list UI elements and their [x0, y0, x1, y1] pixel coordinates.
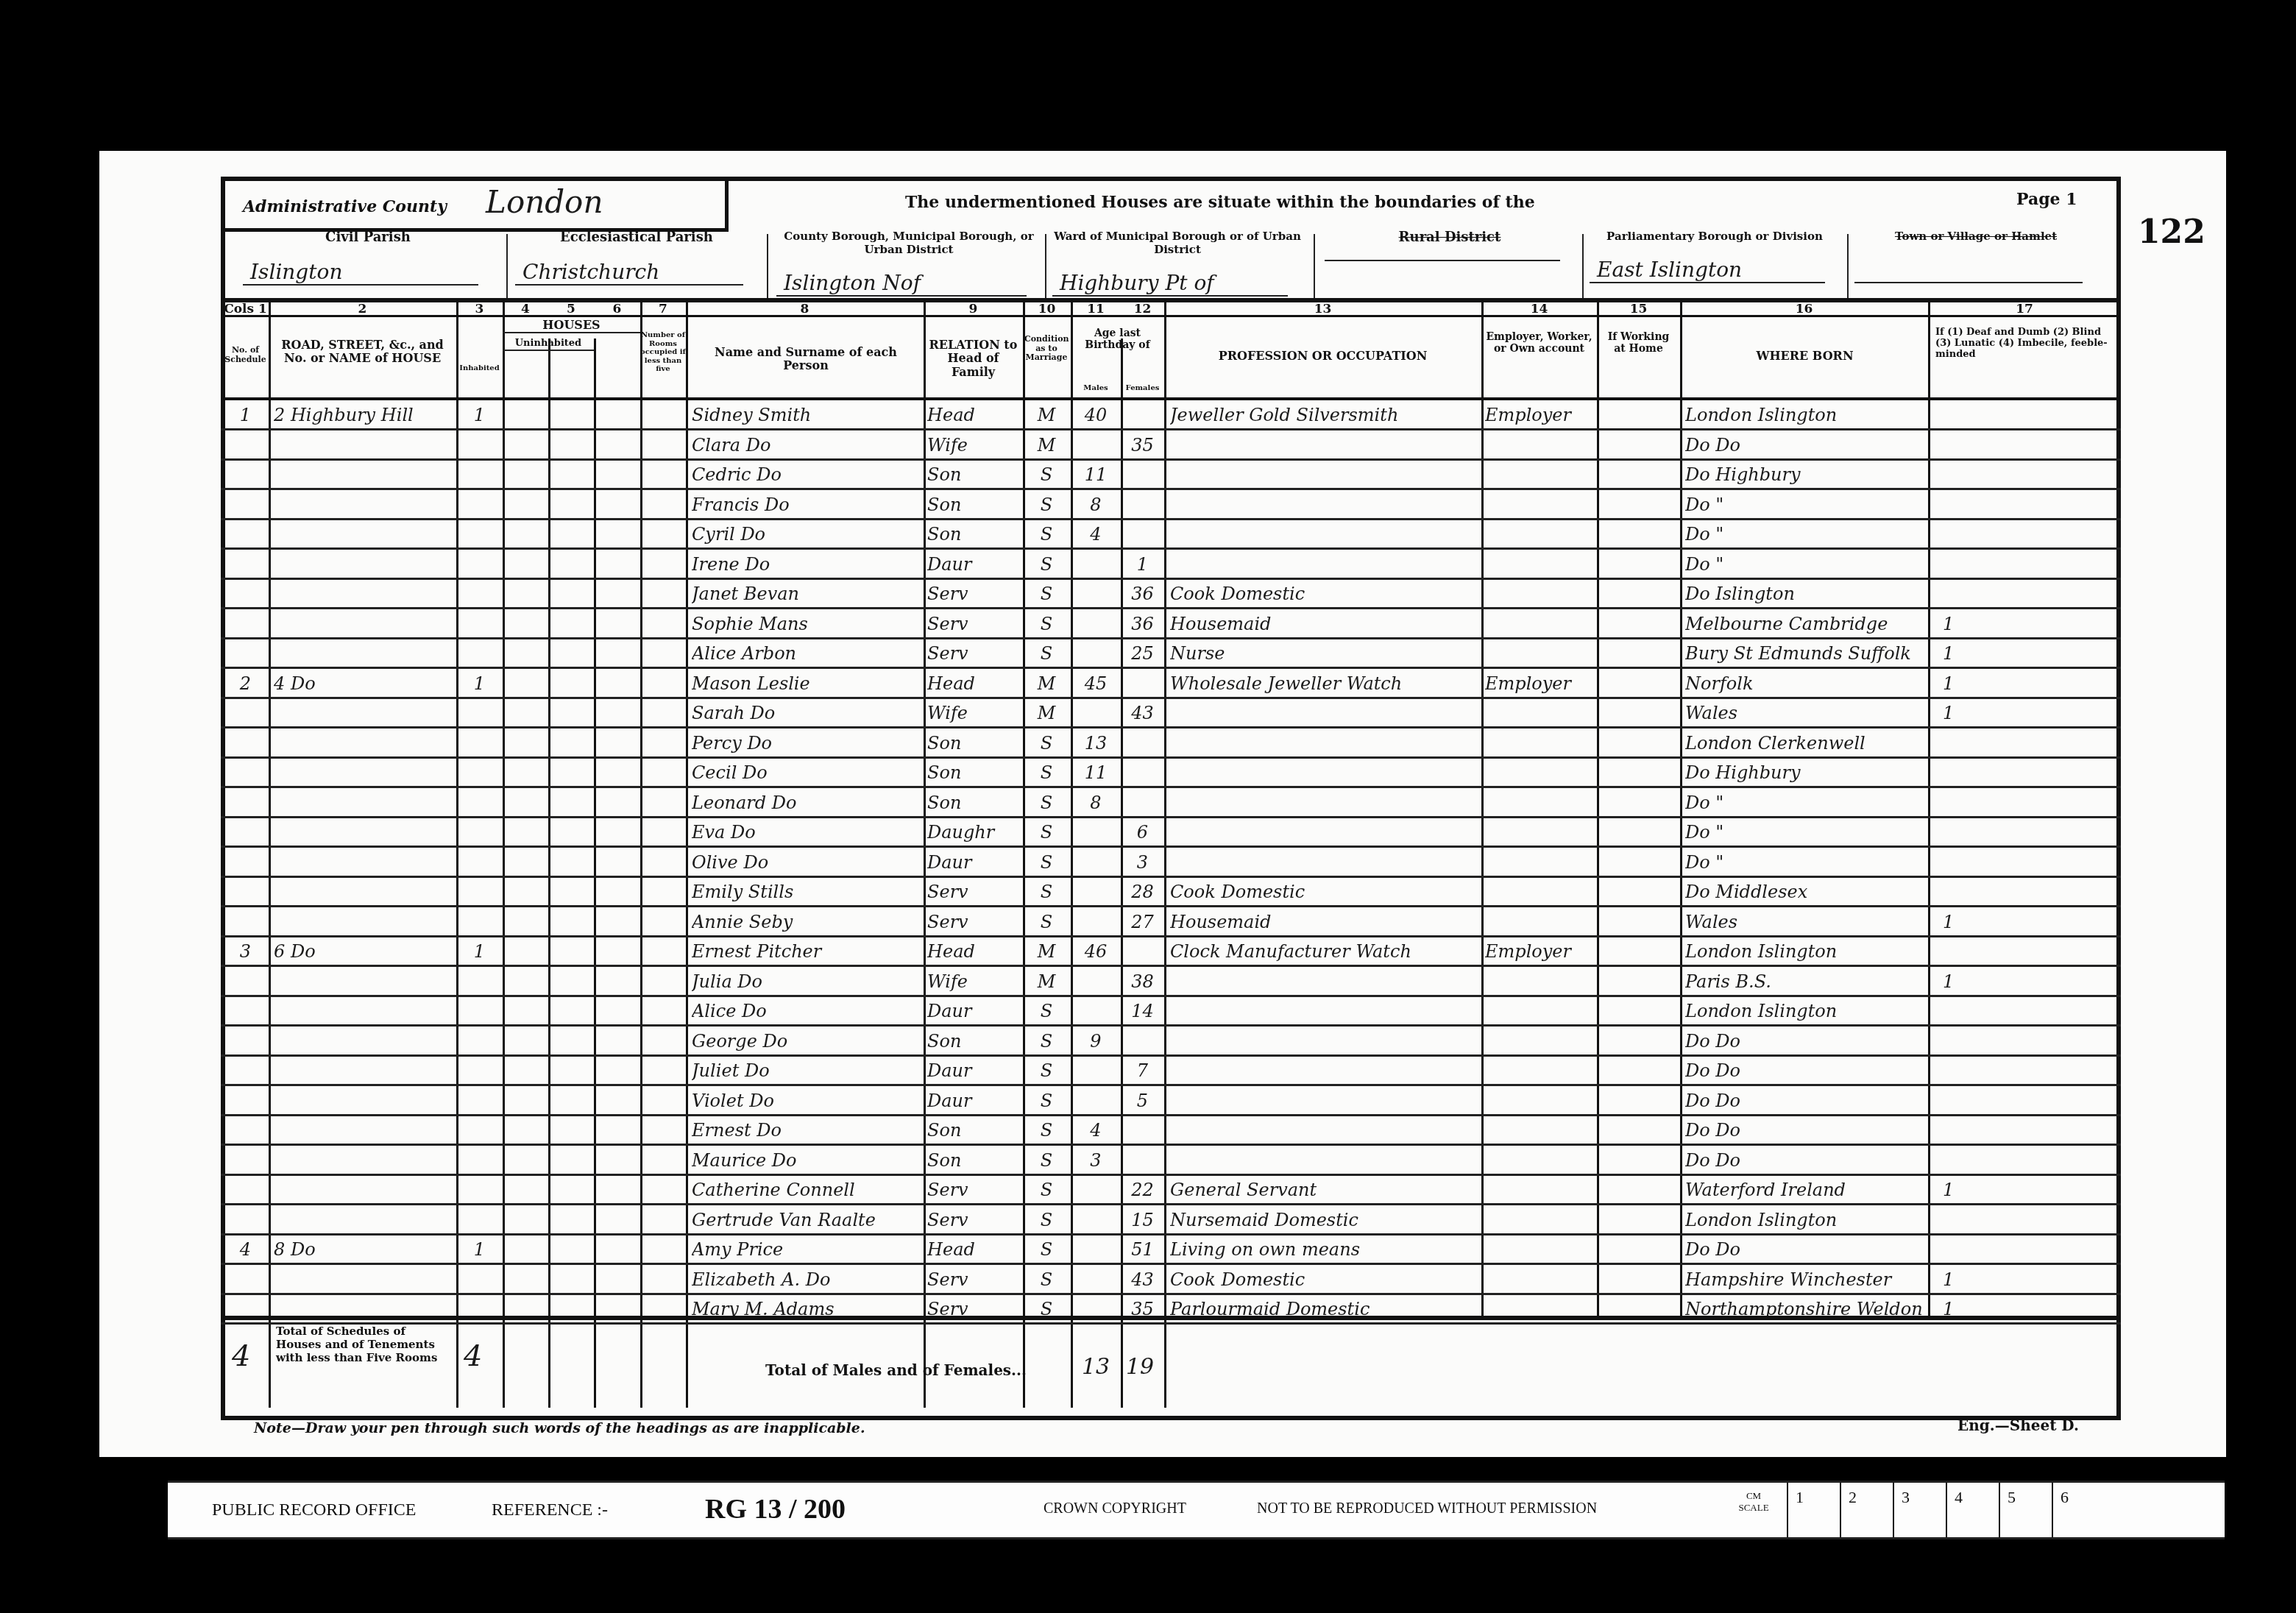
cell-inhabited — [456, 639, 503, 668]
cell-female-age — [1121, 490, 1164, 520]
cell-name: Irene Do — [692, 550, 921, 579]
cell-female-age: 25 — [1121, 639, 1164, 668]
cell-col17 — [1943, 579, 2016, 609]
cell-col17: 1 — [1943, 967, 2016, 996]
cell-employer — [1485, 1086, 1595, 1116]
cell-cond: S — [1024, 1056, 1069, 1085]
cell-col17 — [1943, 788, 2016, 818]
cell-inhabited — [456, 996, 503, 1026]
cell-sched — [222, 1086, 269, 1116]
scale-mark: 3 — [1893, 1483, 1946, 1537]
cell-born: Do " — [1685, 550, 1927, 579]
col-head-houses: HOUSES — [503, 319, 640, 333]
cell-cond: M — [1024, 698, 1069, 728]
col-num-12: 12 — [1121, 302, 1164, 316]
cell-female-age: 7 — [1121, 1056, 1164, 1085]
cell-name: Gertrude Van Raalte — [692, 1205, 921, 1235]
col-num-8: 8 — [686, 302, 924, 316]
cell-female-age: 28 — [1121, 877, 1164, 907]
cell-sched — [222, 818, 269, 847]
cell-occupation: Cook Domestic — [1170, 1265, 1479, 1294]
cell-born: Paris B.S. — [1685, 967, 1927, 996]
cell-sched — [222, 1027, 269, 1056]
col-head-males: Males — [1071, 384, 1121, 393]
cell-inhabited — [456, 1056, 503, 1085]
cell-address — [274, 818, 454, 847]
note: Note—Draw your pen through such words of… — [254, 1420, 865, 1436]
cell-sched — [222, 1205, 269, 1235]
cell-sched — [222, 430, 269, 460]
cell-relation: Head — [927, 400, 1021, 430]
cell-cond: S — [1024, 1086, 1069, 1116]
cell-col17 — [1943, 1146, 2016, 1175]
scale-mark: 1 — [1787, 1483, 1840, 1537]
cell-col17 — [1943, 1056, 2016, 1085]
cell-col17: 1 — [1943, 609, 2016, 639]
cell-inhabited — [456, 758, 503, 787]
reference-label: REFERENCE :- — [492, 1500, 608, 1520]
cell-occupation — [1170, 1056, 1479, 1085]
cell-male-age: 13 — [1071, 728, 1121, 758]
undermentioned-heading: The undermentioned Houses are situate wi… — [905, 193, 1535, 212]
cell-inhabited — [456, 1265, 503, 1294]
total-females: 19 — [1126, 1354, 1154, 1380]
table-row: Annie SebyServS27HousemaidWales1 — [0, 907, 2121, 938]
cell-cond: S — [1024, 1265, 1069, 1294]
cell-name: Olive Do — [692, 848, 921, 877]
cell-occupation: Clock Manufacturer Watch — [1170, 937, 1479, 966]
cell-cond: S — [1024, 907, 1069, 937]
cell-address — [274, 1116, 454, 1145]
office-label: PUBLIC RECORD OFFICE — [212, 1500, 416, 1520]
reference-code: RG 13 / 200 — [705, 1493, 846, 1525]
cell-male-age — [1071, 430, 1121, 460]
cell-col17 — [1943, 430, 2016, 460]
cell-address — [274, 1265, 454, 1294]
cell-cond: S — [1024, 460, 1069, 489]
cell-inhabited — [456, 788, 503, 818]
col-head-name: Name and Surname of each Person — [699, 346, 913, 373]
cell-female-age: 27 — [1121, 907, 1164, 937]
cell-cond: M — [1024, 967, 1069, 996]
cell-address — [274, 996, 454, 1026]
cell-female-age: 5 — [1121, 1086, 1164, 1116]
cell-relation: Serv — [927, 1265, 1021, 1294]
cell-relation: Daur — [927, 1056, 1021, 1085]
cell-born: Wales — [1685, 907, 1927, 937]
table-row: Elizabeth A. DoServS43Cook DomesticHamps… — [0, 1265, 2121, 1296]
cell-born: Do Middlesex — [1685, 877, 1927, 907]
cell-relation: Son — [927, 758, 1021, 787]
cell-address — [274, 877, 454, 907]
cell-occupation: Living on own means — [1170, 1235, 1479, 1264]
cell-female-age: 15 — [1121, 1205, 1164, 1235]
cell-cond: S — [1024, 639, 1069, 668]
col-head-working-home: If Working at Home — [1601, 331, 1676, 355]
cell-inhabited: 1 — [456, 400, 503, 430]
table-row: Irene DoDaurS1Do " — [0, 550, 2121, 581]
cell-relation: Serv — [927, 579, 1021, 609]
cell-female-age — [1121, 758, 1164, 787]
table-row: Violet DoDaurS5Do Do — [0, 1086, 2121, 1117]
sheet-number: 122 — [2138, 213, 2205, 251]
ecclesiastical-parish: Ecclesiastical ParishChristchurch — [515, 230, 758, 296]
cell-female-age — [1121, 400, 1164, 430]
cell-female-age — [1121, 728, 1164, 758]
rural-district: Rural District — [1325, 230, 1575, 296]
cell-address: 4 Do — [274, 669, 454, 698]
cell-female-age: 38 — [1121, 967, 1164, 996]
admin-county-label: Administrative County — [243, 197, 447, 216]
cell-employer — [1485, 520, 1595, 549]
cell-male-age — [1071, 1056, 1121, 1085]
cell-occupation: Nursemaid Domestic — [1170, 1205, 1479, 1235]
cell-relation: Wife — [927, 967, 1021, 996]
col-head-uninhabited: Uninhabited — [503, 338, 594, 351]
cell-col17: 1 — [1943, 1175, 2016, 1205]
cell-cond: M — [1024, 669, 1069, 698]
cell-female-age: 43 — [1121, 698, 1164, 728]
cell-female-age — [1121, 669, 1164, 698]
cell-occupation — [1170, 430, 1479, 460]
cell-address — [274, 967, 454, 996]
cell-occupation: Cook Domestic — [1170, 579, 1479, 609]
cell-name: Sophie Mans — [692, 609, 921, 639]
cell-employer — [1485, 788, 1595, 818]
cell-address: 6 Do — [274, 937, 454, 966]
cell-sched — [222, 550, 269, 579]
cell-cond: S — [1024, 758, 1069, 787]
cell-relation: Son — [927, 1027, 1021, 1056]
sheet-label: Eng.—Sheet D. — [1957, 1417, 2079, 1434]
cell-sched — [222, 788, 269, 818]
cell-name: Cecil Do — [692, 758, 921, 787]
scale-mark: 2 — [1840, 1483, 1893, 1537]
cell-address — [274, 848, 454, 877]
cell-relation: Son — [927, 520, 1021, 549]
cell-sched — [222, 758, 269, 787]
table-row: Leonard DoSonS8Do " — [0, 788, 2121, 819]
total-males-females-label: Total of Males and of Females... — [765, 1361, 1027, 1379]
cell-sched: 1 — [222, 400, 269, 430]
cell-address: 8 Do — [274, 1235, 454, 1264]
cell-born: Melbourne Cambridge — [1685, 609, 1927, 639]
cell-inhabited — [456, 550, 503, 579]
cell-born: Do Do — [1685, 1146, 1927, 1175]
cell-address — [274, 1056, 454, 1085]
total-schedules-label: Total of Schedules of Houses and of Tene… — [276, 1325, 453, 1364]
cell-female-age — [1121, 788, 1164, 818]
cell-female-age: 6 — [1121, 818, 1164, 847]
cell-male-age — [1071, 967, 1121, 996]
cell-name: Juliet Do — [692, 1056, 921, 1085]
cell-name: Elizabeth A. Do — [692, 1265, 921, 1294]
cell-female-age — [1121, 1116, 1164, 1145]
cell-sched — [222, 579, 269, 609]
table-row: Olive DoDaurS3Do " — [0, 848, 2121, 879]
cell-cond: M — [1024, 430, 1069, 460]
cell-sched — [222, 460, 269, 489]
cell-employer — [1485, 490, 1595, 520]
cell-born: Waterford Ireland — [1685, 1175, 1927, 1205]
cell-female-age: 35 — [1121, 430, 1164, 460]
cell-born: Do Do — [1685, 1056, 1927, 1085]
cell-name: Clara Do — [692, 430, 921, 460]
cell-employer — [1485, 1027, 1595, 1056]
scale-mark: 4 — [1946, 1483, 1999, 1537]
cell-inhabited — [456, 520, 503, 549]
cell-sched — [222, 490, 269, 520]
col-head-condition: Condition as to Marriage — [1024, 335, 1069, 363]
col-num-5: 5 — [548, 302, 594, 316]
cell-cond: S — [1024, 1205, 1069, 1235]
scale-label: CM SCALE — [1735, 1490, 1772, 1514]
cell-occupation — [1170, 788, 1479, 818]
cell-male-age — [1071, 579, 1121, 609]
cell-occupation: Nurse — [1170, 639, 1479, 668]
scale-mark: 6 — [2052, 1483, 2105, 1537]
cell-cond: S — [1024, 1146, 1069, 1175]
cell-relation: Daur — [927, 848, 1021, 877]
cell-name: Julia Do — [692, 967, 921, 996]
cell-employer: Employer — [1485, 937, 1595, 966]
cell-col17 — [1943, 877, 2016, 907]
cell-male-age: 3 — [1071, 1146, 1121, 1175]
cell-relation: Daur — [927, 996, 1021, 1026]
cell-address — [274, 609, 454, 639]
table-row: Cedric DoSonS11Do Highbury — [0, 460, 2121, 491]
cell-male-age — [1071, 1205, 1121, 1235]
cell-col17 — [1943, 818, 2016, 847]
cell-employer — [1485, 639, 1595, 668]
cell-col17 — [1943, 1205, 2016, 1235]
cell-name: Catherine Connell — [692, 1175, 921, 1205]
cell-relation: Serv — [927, 609, 1021, 639]
cell-employer — [1485, 996, 1595, 1026]
table-row: 24 Do1Mason LeslieHeadM45Wholesale Jewel… — [0, 669, 2121, 700]
cell-male-age — [1071, 639, 1121, 668]
cell-male-age: 45 — [1071, 669, 1121, 698]
cell-inhabited — [456, 907, 503, 937]
cell-employer — [1485, 877, 1595, 907]
cell-cond: S — [1024, 579, 1069, 609]
cell-cond: S — [1024, 877, 1069, 907]
cell-name: Maurice Do — [692, 1146, 921, 1175]
cell-address — [274, 520, 454, 549]
cell-born: Do " — [1685, 788, 1927, 818]
table-row: George DoSonS9Do Do — [0, 1027, 2121, 1057]
cell-cond: S — [1024, 550, 1069, 579]
cell-occupation — [1170, 848, 1479, 877]
col-num-9: 9 — [924, 302, 1023, 316]
cell-female-age: 43 — [1121, 1265, 1164, 1294]
cell-occupation — [1170, 1116, 1479, 1145]
cell-born: Do Islington — [1685, 579, 1927, 609]
table-row: Julia DoWifeM38Paris B.S.1 — [0, 967, 2121, 998]
cell-occupation — [1170, 818, 1479, 847]
cell-born: Norfolk — [1685, 669, 1927, 698]
cell-male-age: 40 — [1071, 400, 1121, 430]
cell-inhabited — [456, 698, 503, 728]
cell-born: Wales — [1685, 698, 1927, 728]
cell-name: Amy Price — [692, 1235, 921, 1264]
cell-relation: Head — [927, 1235, 1021, 1264]
cell-male-age: 4 — [1071, 520, 1121, 549]
cell-male-age — [1071, 877, 1121, 907]
cell-employer — [1485, 1175, 1595, 1205]
cell-cond: S — [1024, 788, 1069, 818]
cell-female-age: 14 — [1121, 996, 1164, 1026]
cell-relation: Daur — [927, 1086, 1021, 1116]
cell-employer — [1485, 967, 1595, 996]
col-num-11: 11 — [1071, 302, 1121, 316]
cell-sched — [222, 1265, 269, 1294]
cell-sched — [222, 996, 269, 1026]
cell-male-age: 9 — [1071, 1027, 1121, 1056]
cell-occupation: Wholesale Jeweller Watch — [1170, 669, 1479, 698]
cell-name: Violet Do — [692, 1086, 921, 1116]
cell-employer — [1485, 609, 1595, 639]
cell-address — [274, 907, 454, 937]
cell-occupation: Cook Domestic — [1170, 877, 1479, 907]
cell-sched — [222, 609, 269, 639]
table-row: Ernest DoSonS4Do Do — [0, 1116, 2121, 1146]
cell-born: Do " — [1685, 520, 1927, 549]
cell-col17: 1 — [1943, 907, 2016, 937]
cell-cond: S — [1024, 1116, 1069, 1145]
cell-name: Alice Arbon — [692, 639, 921, 668]
cell-sched — [222, 877, 269, 907]
cell-occupation — [1170, 996, 1479, 1026]
cell-born: Do " — [1685, 818, 1927, 847]
cell-relation: Son — [927, 490, 1021, 520]
cell-cond: S — [1024, 520, 1069, 549]
cell-col17: 1 — [1943, 669, 2016, 698]
cell-col17 — [1943, 996, 2016, 1026]
table-row: 48 Do1Amy PriceHeadS51Living on own mean… — [0, 1235, 2121, 1266]
ward: Ward of Municipal Borough or of Urban Di… — [1052, 230, 1303, 296]
cell-male-age — [1071, 698, 1121, 728]
cell-name: Ernest Pitcher — [692, 937, 921, 966]
table-row: Sophie MansServS36HousemaidMelbourne Cam… — [0, 609, 2121, 640]
civil-parish: Civil ParishIslington — [243, 230, 493, 296]
cell-employer — [1485, 1235, 1595, 1264]
cell-born: Do Do — [1685, 1027, 1927, 1056]
cell-name: Cyril Do — [692, 520, 921, 549]
cell-sched: 2 — [222, 669, 269, 698]
permission-notice: NOT TO BE REPRODUCED WITHOUT PERMISSION — [1257, 1500, 1597, 1517]
cell-employer — [1485, 430, 1595, 460]
cell-col17: 1 — [1943, 639, 2016, 668]
table-row: Percy DoSonS13London Clerkenwell — [0, 728, 2121, 759]
table-row: Clara DoWifeM35Do Do — [0, 430, 2121, 461]
cell-cond: S — [1024, 848, 1069, 877]
cell-address — [274, 758, 454, 787]
total-inhabited: 4 — [464, 1339, 482, 1373]
cell-employer — [1485, 758, 1595, 787]
col-num-10: 10 — [1023, 302, 1071, 316]
cell-occupation: General Servant — [1170, 1175, 1479, 1205]
cell-sched — [222, 848, 269, 877]
cell-relation: Son — [927, 1116, 1021, 1145]
cell-col17 — [1943, 1027, 2016, 1056]
cell-female-age — [1121, 460, 1164, 489]
col-num-14: 14 — [1481, 302, 1597, 316]
cell-name: Cedric Do — [692, 460, 921, 489]
table-row: Cyril DoSonS4Do " — [0, 520, 2121, 550]
copyright: CROWN COPYRIGHT — [1044, 1500, 1186, 1517]
cell-inhabited — [456, 1146, 503, 1175]
cell-inhabited — [456, 579, 503, 609]
cell-born: London Islington — [1685, 937, 1927, 966]
cell-occupation: Jeweller Gold Silversmith — [1170, 400, 1479, 430]
cell-relation: Daur — [927, 550, 1021, 579]
cell-relation: Serv — [927, 639, 1021, 668]
col-num-6: 6 — [594, 302, 640, 316]
total-schedules: 4 — [232, 1339, 250, 1373]
cell-male-age — [1071, 848, 1121, 877]
cell-address — [274, 698, 454, 728]
cell-occupation — [1170, 1027, 1479, 1056]
cell-name: Emily Stills — [692, 877, 921, 907]
cell-employer — [1485, 579, 1595, 609]
cell-name: Sidney Smith — [692, 400, 921, 430]
cell-occupation: Housemaid — [1170, 609, 1479, 639]
cell-female-age: 36 — [1121, 609, 1164, 639]
cell-male-age — [1071, 550, 1121, 579]
cell-relation: Serv — [927, 877, 1021, 907]
cell-address — [274, 579, 454, 609]
table-row: Gertrude Van RaalteServS15Nursemaid Dome… — [0, 1205, 2121, 1236]
cell-sched — [222, 967, 269, 996]
cell-sched — [222, 907, 269, 937]
cell-name: George Do — [692, 1027, 921, 1056]
table-row: Cecil DoSonS11Do Highbury — [0, 758, 2121, 789]
cell-inhabited — [456, 877, 503, 907]
cell-employer — [1485, 1116, 1595, 1145]
cell-relation: Son — [927, 728, 1021, 758]
cell-relation: Daughr — [927, 818, 1021, 847]
col-head-schedule: No. of Schedule — [222, 346, 269, 364]
cell-relation: Serv — [927, 1175, 1021, 1205]
cell-male-age — [1071, 1175, 1121, 1205]
cell-occupation: Housemaid — [1170, 907, 1479, 937]
col-num-15: 15 — [1597, 302, 1680, 316]
cell-col17 — [1943, 848, 2016, 877]
table-row: Maurice DoSonS3Do Do — [0, 1146, 2121, 1177]
cell-inhabited — [456, 430, 503, 460]
cell-employer — [1485, 1205, 1595, 1235]
cell-address — [274, 460, 454, 489]
cell-relation: Son — [927, 460, 1021, 489]
cell-relation: Wife — [927, 430, 1021, 460]
cell-employer — [1485, 1265, 1595, 1294]
cell-relation: Head — [927, 937, 1021, 966]
col-head-rooms: Number of Rooms occupied if less than fi… — [640, 331, 686, 374]
cell-address — [274, 639, 454, 668]
cell-born: Do Do — [1685, 430, 1927, 460]
cell-born: Do Highbury — [1685, 460, 1927, 489]
cell-occupation — [1170, 728, 1479, 758]
cell-cond: S — [1024, 609, 1069, 639]
cell-sched — [222, 1146, 269, 1175]
table-row: 12 Highbury Hill1Sidney SmithHeadM40Jewe… — [0, 400, 2121, 431]
cell-inhabited — [456, 609, 503, 639]
cell-born: London Clerkenwell — [1685, 728, 1927, 758]
parliamentary-borough: Parliamentary Borough or DivisionEast Is… — [1590, 230, 1840, 296]
cell-col17 — [1943, 520, 2016, 549]
cell-col17: 1 — [1943, 1265, 2016, 1294]
